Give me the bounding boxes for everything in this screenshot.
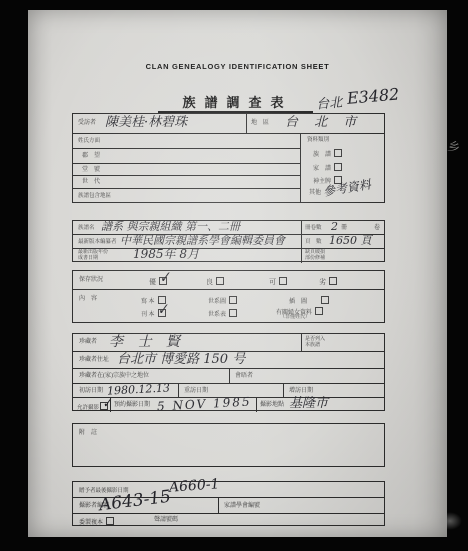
category-other-label: 其他 [309, 190, 321, 197]
row-owner-position: 珍藏者在(家)宗族中之地位 會晤者 [73, 369, 384, 384]
filming-place-value: 基隆市 [289, 397, 328, 410]
margin-scribble: 乡 [446, 137, 462, 156]
women-data-note: （非僅姓氏） [280, 315, 310, 321]
listed-in-genealogy-label: 是否列入本族譜 [305, 337, 325, 349]
grade-good: 良 [206, 277, 224, 287]
category-zupu: 族 譜 [313, 149, 342, 158]
row-owner: 珍藏者 李 士 賢 是否列入本族譜 [73, 334, 384, 352]
allow-filming-tick: ✓ [101, 396, 113, 410]
row-owner-address: 珍藏者住址 台北市 博愛路 150 号 [73, 352, 384, 369]
tanghao-label: 堂 號 [82, 167, 100, 174]
pedigree-chart-checkbox [229, 296, 237, 304]
owner-label: 珍藏者 [79, 339, 97, 346]
grade-good-checkbox [216, 277, 224, 285]
row-interviewee: 受訪者 陳美桂·林碧珠 地 區 台 北 市 [73, 114, 384, 134]
row-copy-request: 委製複本 聲請號碼 [73, 514, 384, 527]
opt-pedigree-table: 世系表 [208, 309, 237, 318]
shidai-label: 世 代 [82, 179, 100, 186]
editor-label: 最新版本編纂者 [78, 239, 117, 245]
surname-origin-label: 姓氏方面 [78, 138, 100, 144]
application-number-label: 聲請號碼 [154, 517, 178, 524]
table-publication: 族譜名 譜系 與宗親組織 第一、二冊 冊卷數 2 冊 卷 最新版本編纂者 中華民… [72, 220, 385, 262]
preservation-label: 保存狀況 [79, 277, 103, 284]
owner-position-label: 珍藏者在(家)宗族中之地位 [79, 373, 149, 380]
pedigree-table-checkbox [229, 309, 237, 317]
grade-poor: 劣 [319, 277, 337, 287]
pages-label: 頁 數 [305, 239, 322, 245]
area-value: 台 北 市 [285, 116, 362, 129]
filming-appointment-value: 5 NOV 1985 [157, 396, 252, 413]
category-label: 資料類別 [307, 137, 329, 143]
row-publish-year: 最新出版年份成書日期 1985年 8月 缺頁破損部份修補 [73, 249, 384, 263]
editor-value: 中華民國宗親譜系學會編輯委員會 [120, 235, 285, 246]
film-smudge [438, 512, 462, 530]
table-owner: 珍藏者 李 士 賢 是否列入本族譜 珍藏者住址 台北市 博愛路 150 号 珍藏… [72, 333, 385, 411]
row-filming: 允許攝影 ✓ 預約攝影日期 5 NOV 1985 攝影地點 基隆市 [73, 398, 384, 412]
data-category-block: 資料類別 族 譜 家 譜 神主牌 其他 參考資料 [301, 134, 384, 203]
table-condition: 保存狀況 優 ✓ 良 可 劣 內 容 寫 本 刊 本 ✓ 世系圖 世系表 插 圖… [72, 270, 385, 323]
genealogy-title-value: 譜系 與宗親組織 第一、二冊 [101, 221, 240, 232]
table-interviewee: 受訪者 陳美桂·林碧珠 地 區 台 北 市 姓氏方面 郡 望 堂 號 [72, 113, 385, 203]
first-visit-label: 初訪日期 [79, 388, 103, 395]
donor-number-value: A660-1 [169, 477, 220, 494]
print-tick: ✓ [156, 302, 170, 318]
handwritten-number: E3482 [346, 84, 400, 107]
pages-value: 1650 頁 [329, 235, 372, 246]
row-photographer-number: 攝影者編號 A643-15 家譜學會編號 [73, 498, 384, 514]
opt-pedigree-chart: 世系圖 [208, 296, 237, 305]
interviewer-value: 陳美桂·林碧珠 [105, 116, 187, 129]
grade-fair: 可 [269, 277, 287, 287]
surname-block: 姓氏方面 郡 望 堂 號 世 代 族譜包含地區 [73, 134, 301, 203]
row-preservation: 保存狀況 優 ✓ 良 可 劣 [73, 271, 384, 290]
table-numbers: 贈予者最後攝影日期 A660-1 攝影者編號 A643-15 家譜學會編號 委製… [72, 481, 385, 526]
volumes-label: 冊卷數 [305, 225, 322, 231]
category-jiapu: 家 譜 [313, 163, 342, 172]
illustrations-checkbox [321, 296, 329, 304]
person-met-label: 會晤者 [235, 373, 253, 380]
jiapu-checkbox [334, 163, 342, 171]
copy-request-checkbox [106, 517, 114, 525]
women-data-checkbox [315, 307, 323, 315]
row-genealogy-title: 族譜名 譜系 與宗親組織 第一、二冊 冊卷數 2 冊 卷 [73, 221, 384, 235]
handwritten-region: 台北 [316, 95, 343, 112]
scanned-genealogy-sheet: CLAN GENEALOGY IDENTIFICATION SHEET 族譜調查… [0, 0, 468, 551]
filming-appointment-label: 預約攝影日期 [114, 402, 150, 409]
condition-note-label: 缺頁破損部份修補 [305, 250, 325, 262]
grade-fair-checkbox [279, 277, 287, 285]
region-covered-label: 族譜包含地區 [78, 193, 111, 199]
publish-year-value: 1985年 8月 [133, 248, 199, 260]
grade-excellent-tick: ✓ [158, 270, 172, 286]
copy-request: 委製複本 [79, 517, 114, 526]
volumes-value: 2 [331, 221, 338, 232]
society-number-label: 家譜學會編號 [224, 503, 260, 510]
publish-year-label: 最新出版年份成書日期 [78, 250, 108, 262]
grade-poor-checkbox [329, 277, 337, 285]
genealogy-title-label: 族譜名 [78, 225, 95, 231]
revisit-label: 重訪日期 [184, 388, 208, 395]
notes-label: 附 註 [79, 430, 97, 437]
area-label: 地 區 [251, 120, 269, 127]
contents-label: 內 容 [79, 296, 97, 303]
owner-address-label: 珍藏者住址 [79, 357, 109, 364]
volumes-unit2: 卷 [374, 225, 380, 232]
opt-illustrations: 插 圖 [289, 296, 329, 305]
volumes-unit: 冊 [341, 225, 347, 232]
table-notes: 附 註 [72, 423, 385, 467]
interviewer-label: 受訪者 [78, 120, 96, 127]
owner-value: 李 士 賢 [109, 335, 185, 349]
paper-page: CLAN GENEALOGY IDENTIFICATION SHEET 族譜調查… [28, 10, 447, 537]
row-editor: 最新版本編纂者 中華民國宗親譜系學會編輯委員會 頁 數 1650 頁 [73, 235, 384, 249]
first-visit-value: 1980.12.13 [107, 382, 170, 396]
junwang-label: 郡 望 [82, 153, 100, 160]
row-contents: 內 容 寫 本 刊 本 ✓ 世系圖 世系表 插 圖 有關婦女資料 （非僅姓氏） [73, 290, 384, 324]
english-title: CLAN GENEALOGY IDENTIFICATION SHEET [28, 62, 447, 71]
additional-visit-label: 增訪日期 [289, 388, 313, 395]
zupu-checkbox [334, 149, 342, 157]
owner-address-value: 台北市 博愛路 150 号 [117, 353, 245, 366]
filming-place-label: 攝影地點 [260, 402, 284, 409]
